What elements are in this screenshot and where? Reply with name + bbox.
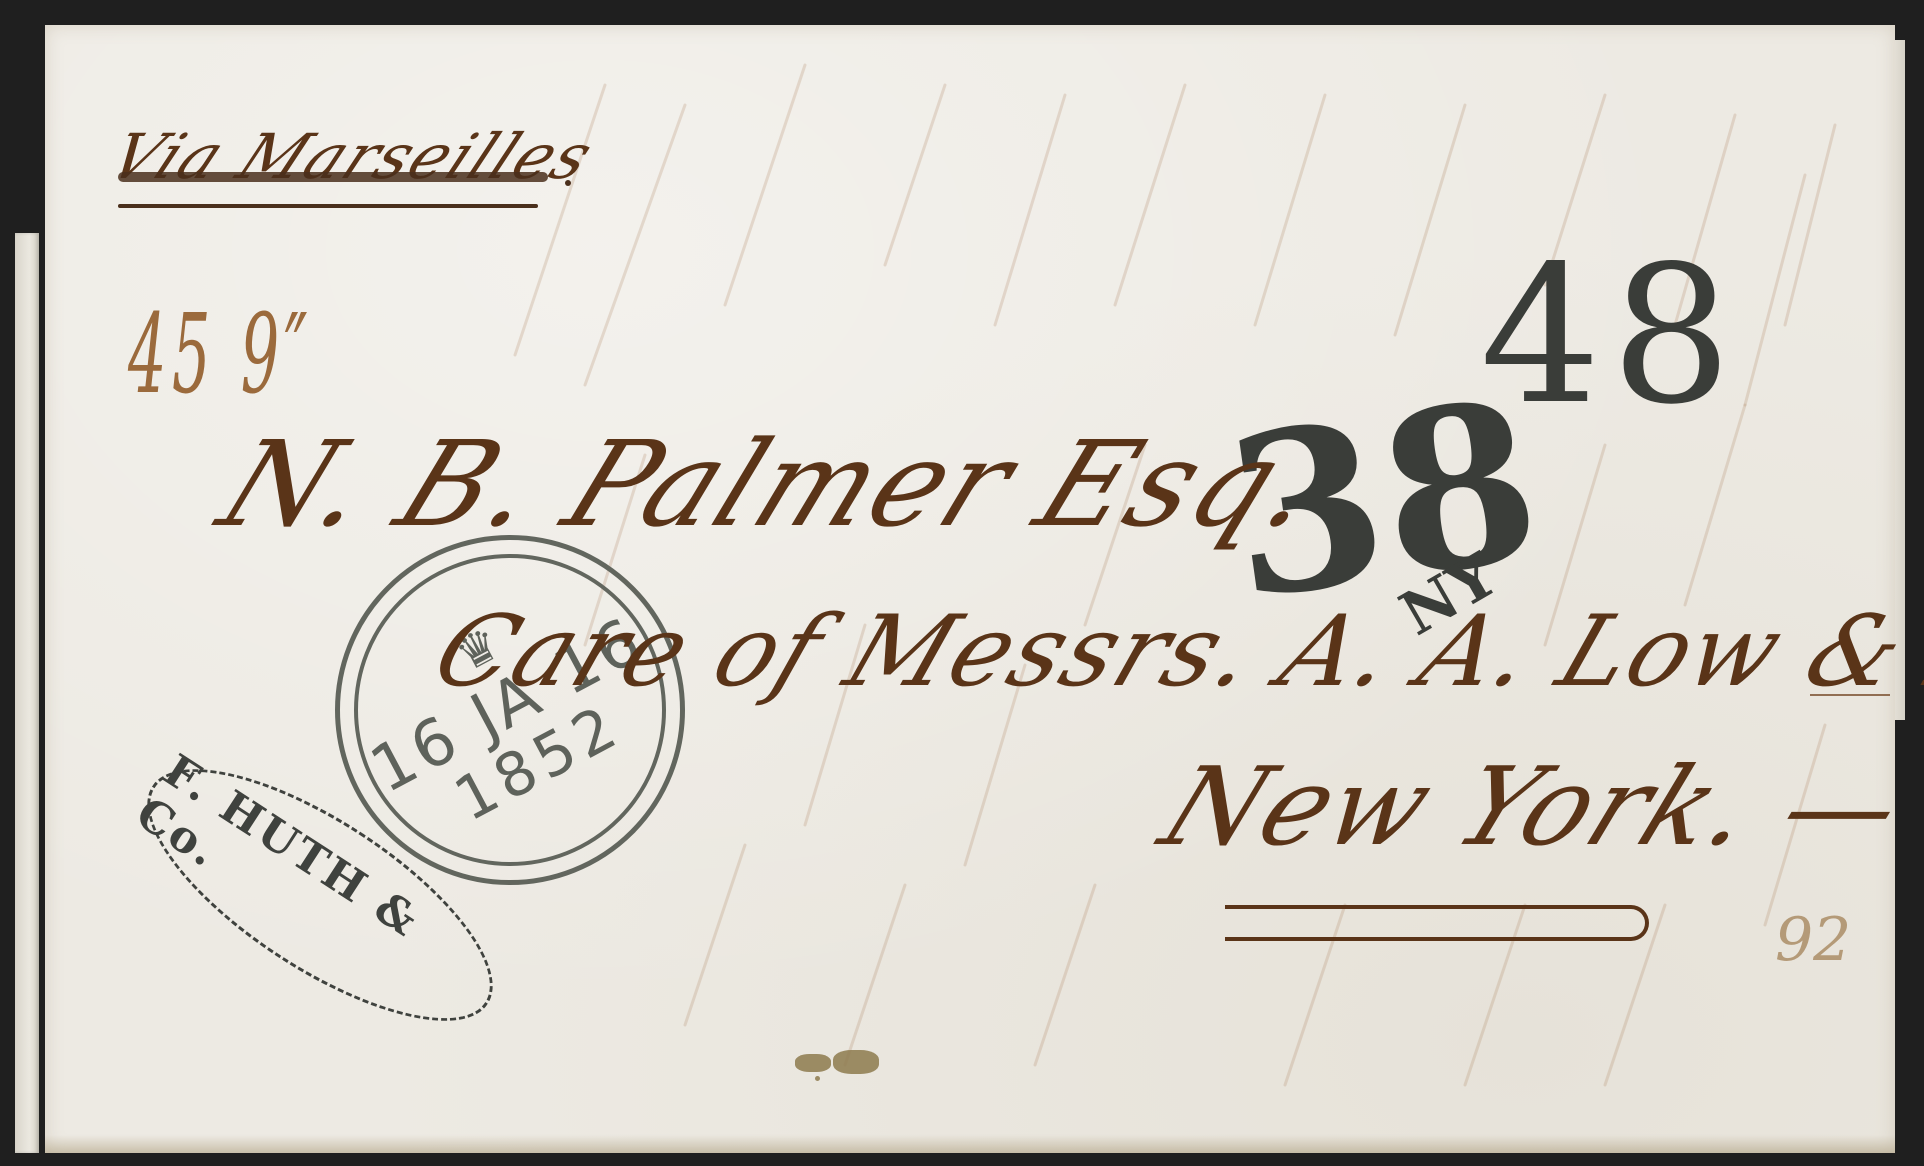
docket-note: 92 — [1775, 905, 1851, 975]
route-note-underline — [118, 204, 538, 208]
address-line-2: Care of Messrs. A. A. Low & Brothers — [419, 595, 1924, 709]
ink-blots — [795, 1050, 885, 1080]
address-line-2-flourish — [1810, 694, 1890, 696]
address-line-1: N. B. Palmer Esq. — [202, 415, 1342, 553]
paper-edge-stain — [45, 1135, 1895, 1153]
address-underline-flourish — [1225, 905, 1649, 941]
route-note-strikethrough — [118, 172, 548, 182]
manuscript-rate: 45 9″ — [128, 290, 313, 418]
circular-datestamp: ♛ 16 JA 16 1852 — [335, 535, 685, 885]
left-fold-flap — [15, 233, 39, 1153]
address-line-3: New York. — — [1145, 745, 1923, 870]
route-note-period — [565, 180, 571, 186]
datestamp-year: 1852 — [446, 694, 632, 833]
route-note: Via Marseilles — [98, 120, 607, 193]
